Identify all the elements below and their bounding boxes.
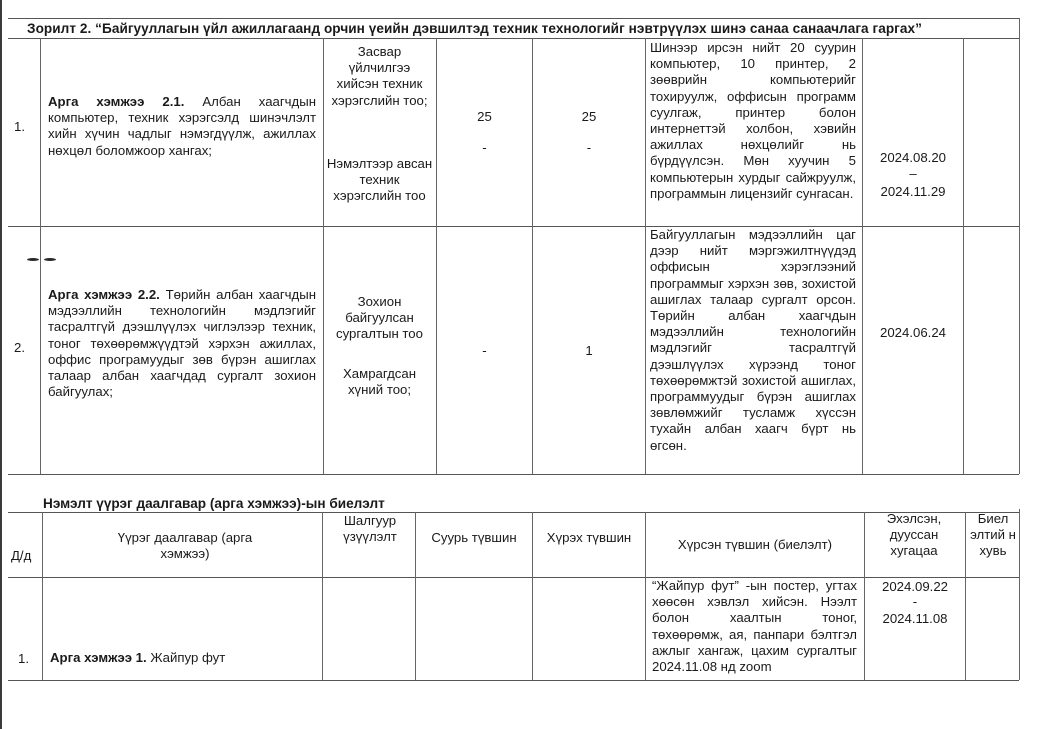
achieved-result: “Жайпур фут” -ын постер, угтах хөөсөн хэ… xyxy=(652,578,857,678)
table-border-bottom xyxy=(8,680,1019,681)
header-achieved: Хүрсэн түвшин (биелэлт) xyxy=(646,537,864,553)
goal-title: Зорилт 2. “Байгууллагын үйл ажиллагаанд … xyxy=(27,21,922,36)
date-start: 2024.08.20 xyxy=(863,150,963,166)
table-row-divider xyxy=(8,38,1019,39)
col-divider xyxy=(40,38,41,474)
table-border-right xyxy=(1019,509,1020,680)
page-edge xyxy=(0,0,2,729)
header-task: Үүрэг даалгавар (арга хэмжээ) xyxy=(95,530,275,562)
baseline-value: 25 xyxy=(437,109,532,125)
task-text: Жайпур фут xyxy=(147,650,226,665)
row-number: 1. xyxy=(18,651,29,667)
target-value: 25 xyxy=(533,109,645,125)
ink-mark xyxy=(27,258,39,261)
indicator: Хамрагдсан хүний тоо; xyxy=(326,366,433,398)
header-period: Эхэлсэн, дууссан хугацаа xyxy=(874,511,954,560)
ink-mark xyxy=(44,258,56,261)
date-end: 2024.11.08 xyxy=(865,611,965,627)
header-baseline: Суурь түвшин xyxy=(416,530,532,546)
col-divider xyxy=(965,512,966,680)
baseline-value: - xyxy=(437,343,532,359)
indicator: Нэмэлтээр авсан техник хэрэгслийн тоо xyxy=(326,156,433,205)
col-divider xyxy=(42,512,43,680)
task-description: Арга хэмжээ 2.2. Төрийн албан хаагчдын м… xyxy=(48,287,316,400)
indicator: Засвар үйлчилгээ хийсэн техник хэрэгслий… xyxy=(326,44,433,109)
table-border-top xyxy=(8,18,1019,19)
row-number: 1. xyxy=(14,119,25,135)
header-target: Хүрэх түвшин xyxy=(533,530,645,546)
col-divider xyxy=(323,38,324,474)
additional-tasks-title: Нэмэлт үүрэг даалгавар (арга хэмжээ)-ын … xyxy=(43,496,385,511)
col-divider xyxy=(645,38,646,474)
date-end: 2024.11.29 xyxy=(863,184,963,200)
header-no: Д/д xyxy=(11,548,31,564)
date-start: 2024.09.22 xyxy=(865,579,965,595)
col-divider xyxy=(862,38,863,474)
table-row-divider xyxy=(8,577,1019,578)
col-divider xyxy=(322,512,323,680)
task-description: Арга хэмжээ 1. Жайпур фут xyxy=(50,650,320,666)
task-label: Арга хэмжээ 2.2. xyxy=(48,287,160,302)
header-indicator: Шалгуур үзүүлэлт xyxy=(330,513,410,545)
achieved-result: Байгууллагын мэдээллийн цаг дээр нийт мэ… xyxy=(650,227,856,454)
date: 2024.06.24 xyxy=(863,325,963,341)
indicator: Зохион байгуулсан сургалтын тоо xyxy=(326,294,433,343)
task-label: Арга хэмжээ 1. xyxy=(50,650,147,665)
target-value: - xyxy=(533,140,645,156)
baseline-value: - xyxy=(437,140,532,156)
task-text: Төрийн албан хаагчдын мэдээллийн техноло… xyxy=(48,287,316,399)
task-description: Арга хэмжээ 2.1. Албан хаагчдын компьюте… xyxy=(48,94,316,159)
header-percent: Биел элтий н хувь xyxy=(968,511,1018,560)
date-separator: - xyxy=(865,594,965,610)
table-row-divider xyxy=(8,226,1019,227)
achieved-result: Шинээр ирсэн нийт 20 суурин компьютер, 1… xyxy=(650,40,856,202)
row-number: 2. xyxy=(14,340,25,356)
task-label: Арга хэмжээ 2.1. xyxy=(48,94,184,109)
col-divider xyxy=(963,38,964,474)
table-border-right xyxy=(1019,18,1020,474)
target-value: 1 xyxy=(533,343,645,359)
date-separator: – xyxy=(863,166,963,182)
col-divider xyxy=(532,38,533,474)
col-divider xyxy=(436,38,437,474)
table-border-bottom xyxy=(8,474,1019,475)
table-border-top xyxy=(8,512,1019,513)
